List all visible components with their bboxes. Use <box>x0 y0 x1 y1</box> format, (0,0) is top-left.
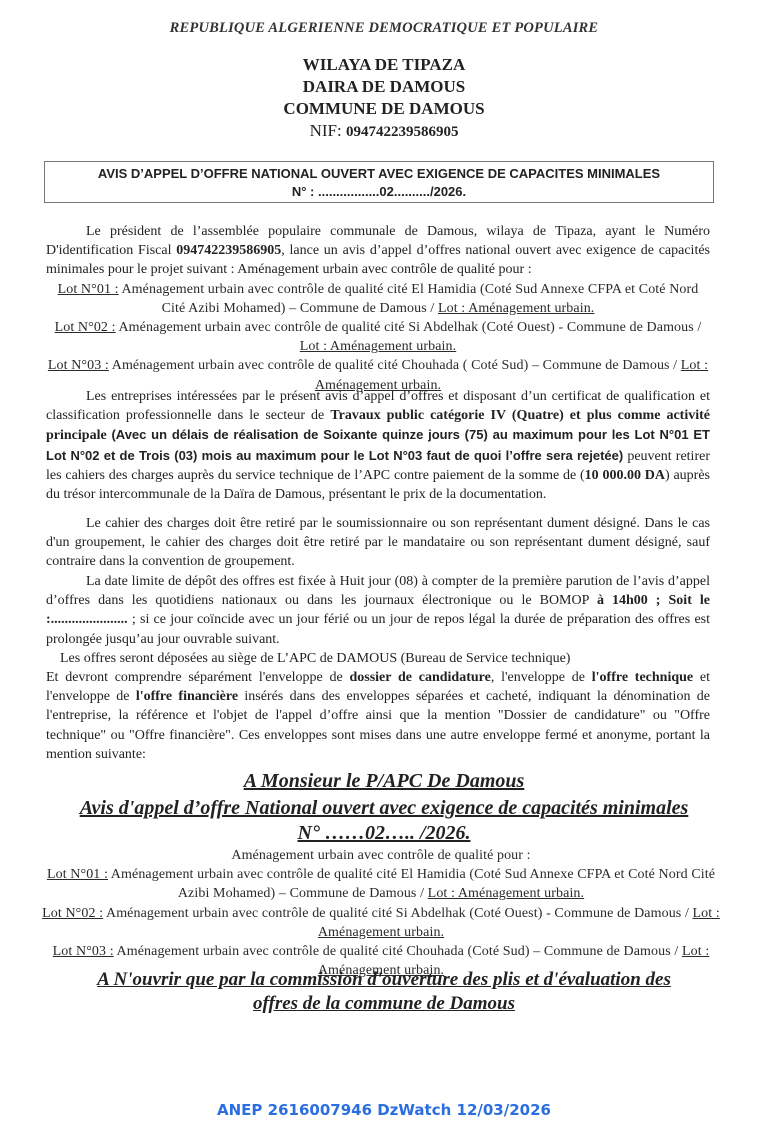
authority-header: WILAYA DE TIPAZA DAIRA DE DAMOUS COMMUNE… <box>0 54 768 143</box>
nif-line: NIF: 094742239586905 <box>0 120 768 143</box>
intro-paragraph: Le président de l’assemblée populaire co… <box>46 222 710 280</box>
depot-paragraph: Les offres seront déposées au siège de L… <box>46 649 710 668</box>
qualification-paragraph: Les entreprises intéressées par le prése… <box>46 387 710 504</box>
republic-heading: REPUBLIQUE ALGERIENNE DEMOCRATIQUE ET PO… <box>0 20 768 37</box>
intro-nif: 094742239586905 <box>176 243 281 258</box>
lot-text: Aménagement urbain avec contrôle de qual… <box>109 358 681 373</box>
qual-amount: 10 000.00 DA <box>585 468 665 483</box>
envelope-addressee: A Monsieur le P/APC De Damous <box>0 770 768 793</box>
cahier-section: Le cahier des charges doit être retiré p… <box>46 514 710 572</box>
env-bold: l'offre technique <box>592 670 693 685</box>
lot-label: Lot N°03 : <box>48 358 109 373</box>
deadline-section: La date limite de dépôt des offres est f… <box>46 572 710 764</box>
notice-title: AVIS D’APPEL D’OFFRE NATIONAL OUVERT AVE… <box>45 165 713 183</box>
envelope-number: N° ……02….. /2026. <box>0 822 768 845</box>
envelope-lots: Aménagement urbain avec contrôle de qual… <box>36 846 726 980</box>
intro-section: Le président de l’assemblée populaire co… <box>46 222 710 395</box>
env-text: Et devront comprendre séparément l'envel… <box>46 670 349 685</box>
cahier-paragraph: Le cahier des charges doit être retiré p… <box>46 514 710 572</box>
lot-type: Lot : Aménagement urbain. <box>300 339 456 354</box>
envelope-title: Avis d'appel d’offre National ouvert ave… <box>0 797 768 820</box>
footer-reference: ANEP 2616007946 DzWatch 12/03/2026 <box>0 1101 768 1119</box>
lot-label: Lot N°03 : <box>53 944 114 959</box>
lot-label: Lot N°02 : <box>55 320 116 335</box>
envelope-lot-2: Lot N°02 : Aménagement urbain avec contr… <box>36 904 726 942</box>
lot-type: Lot : Aménagement urbain. <box>428 886 584 901</box>
lot-1: Lot N°01 : Aménagement urbain avec contr… <box>46 280 710 318</box>
notice-number: N° : .................02........../2026. <box>45 183 713 201</box>
envelopes-paragraph: Et devront comprendre séparément l'envel… <box>46 668 710 764</box>
notice-title-box: AVIS D’APPEL D’OFFRE NATIONAL OUVERT AVE… <box>44 161 714 203</box>
daira-line: DAIRA DE DAMOUS <box>0 76 768 98</box>
env-bold: dossier de candidature <box>349 670 490 685</box>
lot-label: Lot N°02 : <box>42 906 103 921</box>
qual-deadline: (Avec un délais de réalisation de Soixan… <box>46 427 710 462</box>
lot-label: Lot N°01 : <box>58 282 119 297</box>
deadline-paragraph: La date limite de dépôt des offres est f… <box>46 572 710 649</box>
lot-text: Aménagement urbain avec contrôle de qual… <box>116 320 702 335</box>
lot-label: Lot N°01 : <box>47 867 108 882</box>
env-text: , l'enveloppe de <box>491 670 592 685</box>
lot-text: Aménagement urbain avec contrôle de qual… <box>114 944 682 959</box>
wilaya-line: WILAYA DE TIPAZA <box>0 54 768 76</box>
open-notice: A N'ouvrir que par la commission d'ouver… <box>84 968 684 1016</box>
lot-text: Aménagement urbain avec contrôle de qual… <box>119 282 699 316</box>
nif-label: NIF: <box>310 121 346 140</box>
deadline-text-b: ; si ce jour coïncide avec un jour férié… <box>46 612 710 646</box>
lot-text: Aménagement urbain avec contrôle de qual… <box>108 867 715 901</box>
envelope-lot-1: Lot N°01 : Aménagement urbain avec contr… <box>36 865 726 903</box>
lot-type: Lot : Aménagement urbain. <box>438 301 594 316</box>
document-page: REPUBLIQUE ALGERIENNE DEMOCRATIQUE ET PO… <box>0 0 768 1138</box>
lot-text: Aménagement urbain avec contrôle de qual… <box>103 906 692 921</box>
qualification-section: Les entreprises intéressées par le prése… <box>46 387 710 504</box>
lot-2: Lot N°02 : Aménagement urbain avec contr… <box>46 318 710 356</box>
envelope-subject: Aménagement urbain avec contrôle de qual… <box>36 846 726 865</box>
env-bold: l'offre financière <box>136 689 238 704</box>
nif-value: 094742239586905 <box>346 124 459 140</box>
commune-line: COMMUNE DE DAMOUS <box>0 98 768 120</box>
